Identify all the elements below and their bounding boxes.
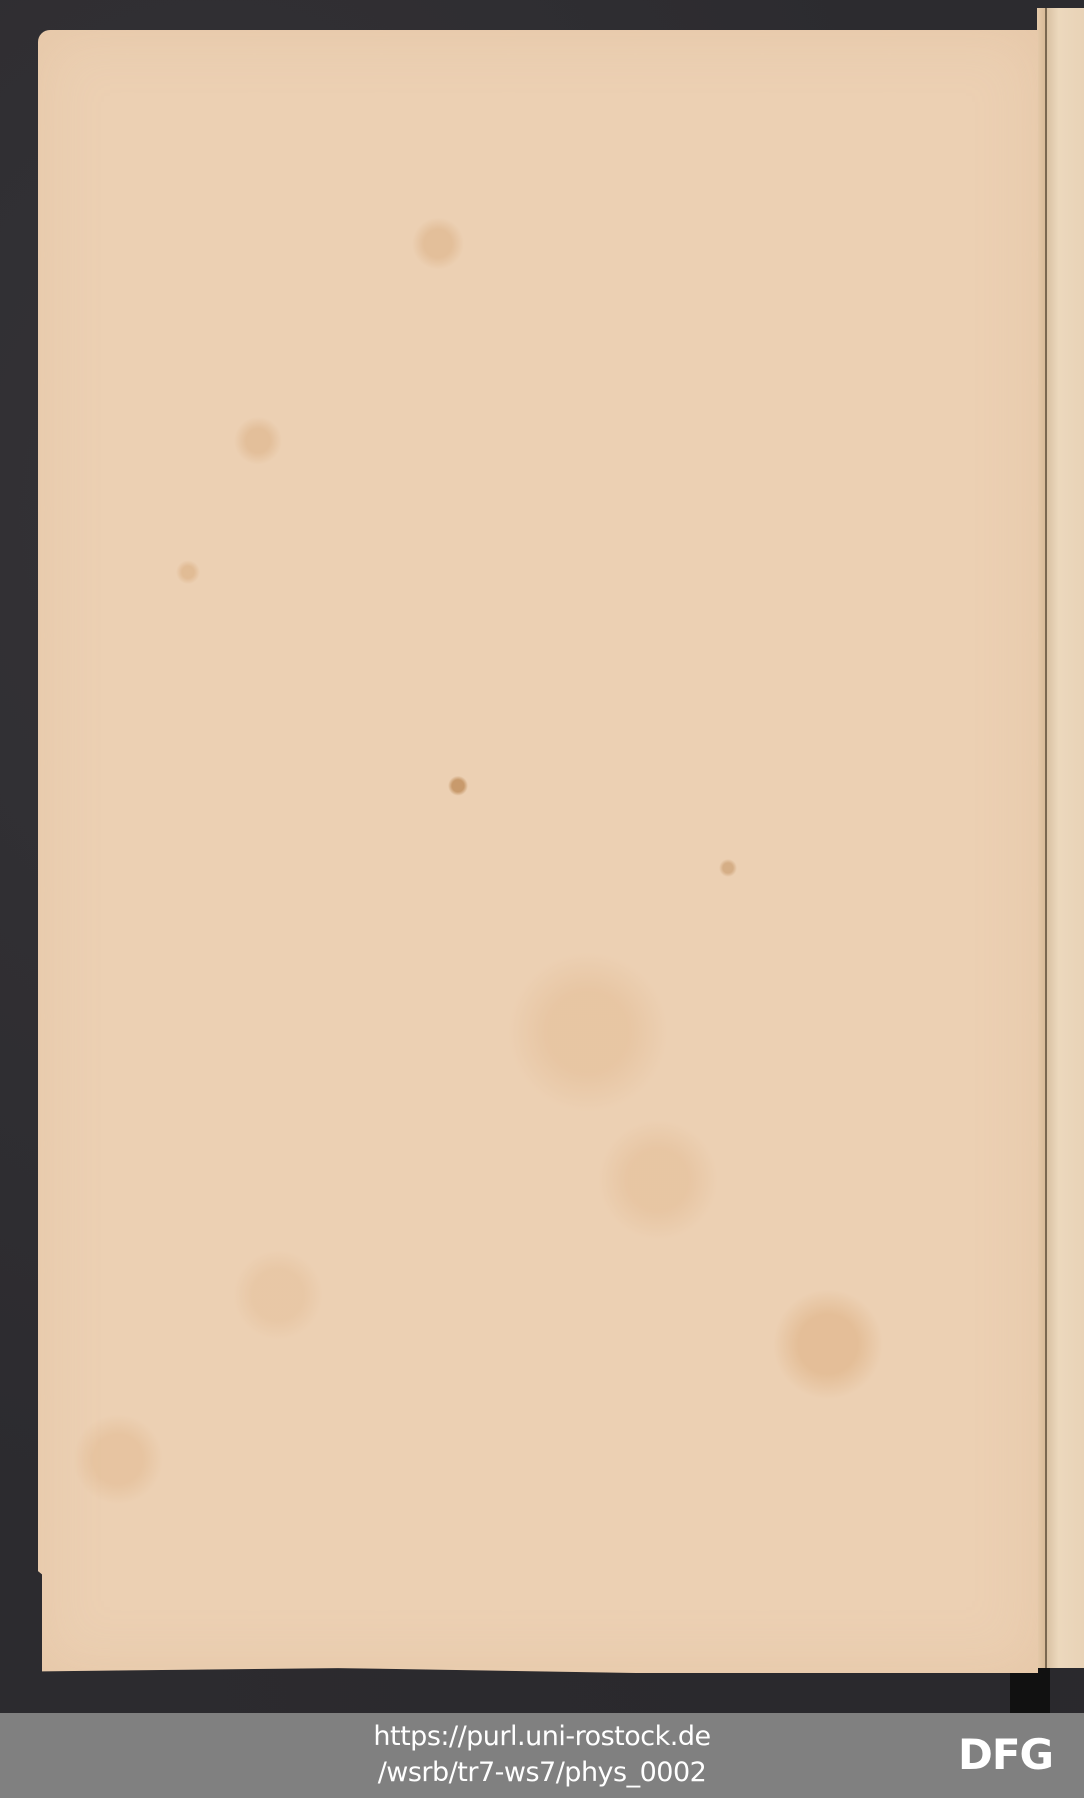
scan-image	[0, 0, 1084, 1713]
footer-bar: https://purl.uni-rostock.de /wsrb/tr7-ws…	[0, 1713, 1084, 1798]
permalink-line-1: https://purl.uni-rostock.de	[0, 1719, 1084, 1755]
blank-page	[38, 30, 1038, 1673]
permalink[interactable]: https://purl.uni-rostock.de /wsrb/tr7-ws…	[0, 1719, 1084, 1791]
dfg-logo-icon: DFG	[958, 1734, 1053, 1776]
permalink-line-2: /wsrb/tr7-ws7/phys_0002	[0, 1755, 1084, 1791]
adjacent-page-edge	[1045, 8, 1084, 1668]
